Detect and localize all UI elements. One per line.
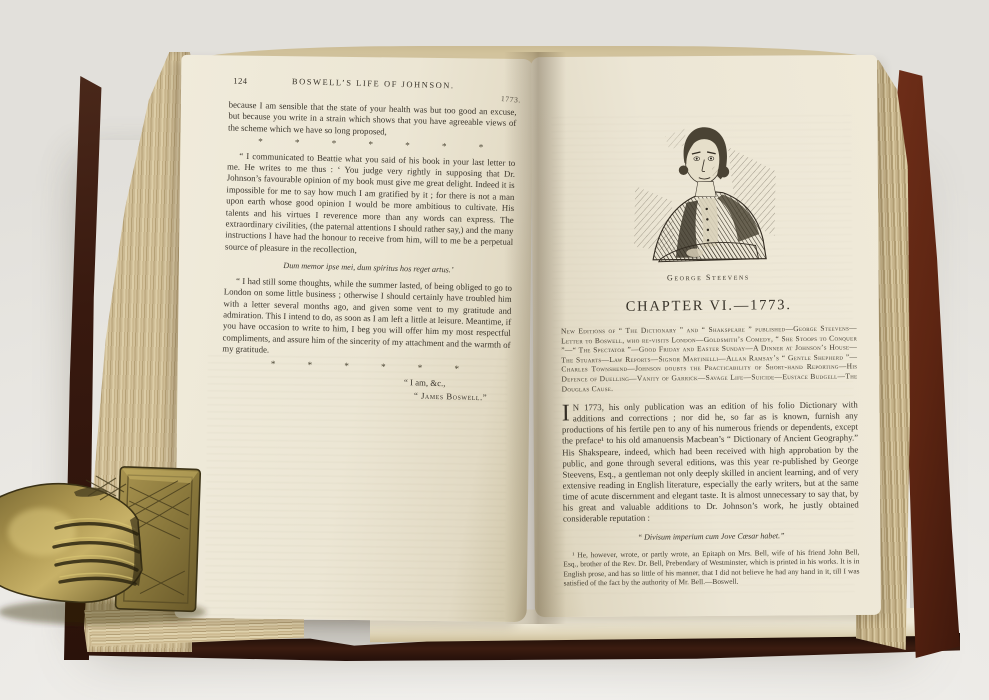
paragraph-letter-2: “ I had still some thoughts, while the s… — [222, 275, 512, 362]
george-steevens-portrait — [631, 115, 785, 263]
right-page-text-block: George Steevens CHAPTER VI.—1773. New Ed… — [558, 68, 859, 588]
right-page: George Steevens CHAPTER VI.—1773. New Ed… — [531, 55, 881, 617]
body-text: N 1773, his only publication was an edit… — [562, 400, 859, 524]
body-paragraph: IN 1773, his only publication was an edi… — [562, 400, 859, 525]
paragraph-letter: “ I communicated to Beattie what you sai… — [225, 150, 516, 260]
brass-hand-page-clip — [0, 452, 218, 634]
paragraph-continuation: because I am sensible that the state of … — [228, 99, 517, 141]
portrait-area: George Steevens — [559, 114, 857, 283]
chapter-argument: New Editions of “ The Dictionary ” and “… — [561, 323, 858, 393]
latin-quote-left: Dum memor ipse mei, dum spiritus hos reg… — [224, 259, 512, 278]
portrait-caption: George Steevens — [560, 271, 856, 283]
book-photograph: 124 BOSWELL’S LIFE OF JOHNSON. 1773. bec… — [0, 0, 989, 700]
gutter-shadow — [504, 52, 566, 624]
latin-quote-right: “ Divisum imperium cum Jove Cæsar habet.… — [563, 530, 859, 542]
left-page-body: because I am sensible that the state of … — [221, 99, 517, 404]
running-title: BOSWELL’S LIFE OF JOHNSON. — [229, 75, 517, 92]
left-page-header: 124 BOSWELL’S LIFE OF JOHNSON. 1773. — [229, 75, 517, 97]
footnote: ¹ He, however, wrote, or partly wrote, a… — [563, 547, 859, 588]
left-page: 124 BOSWELL’S LIFE OF JOHNSON. 1773. bec… — [175, 55, 534, 622]
left-page-text-block: 124 BOSWELL’S LIFE OF JOHNSON. 1773. bec… — [221, 75, 517, 404]
chapter-heading: CHAPTER VI.—1773. — [561, 296, 857, 316]
